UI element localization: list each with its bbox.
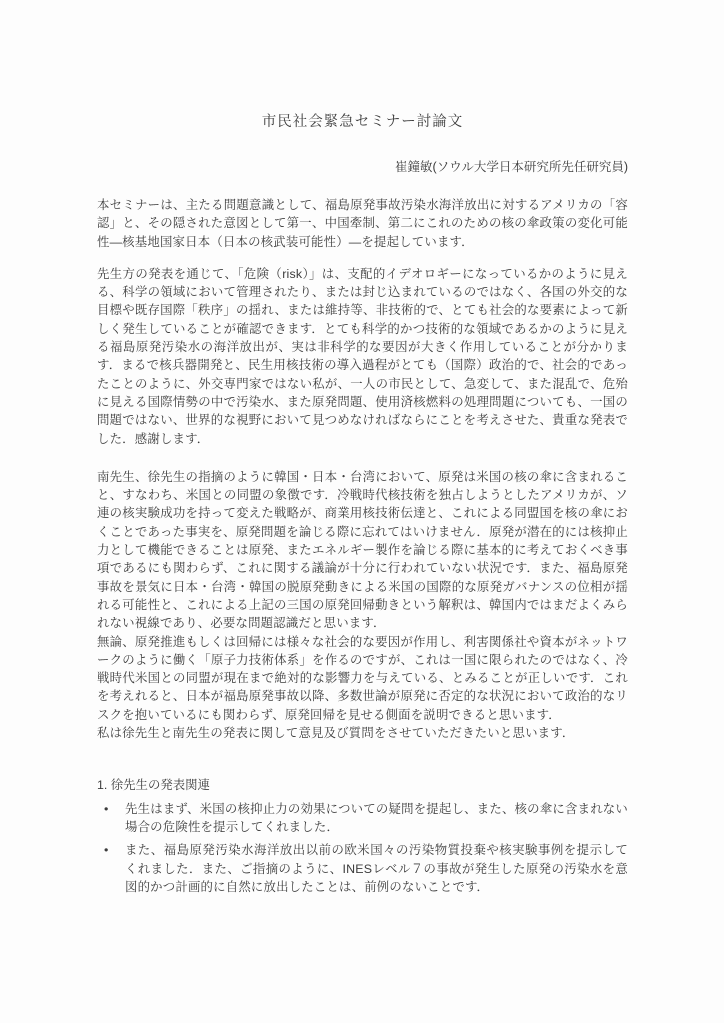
document-title: 市民社会緊急セミナー討論文 — [97, 112, 628, 132]
paragraph-analysis-group: 南先生、徐先生の指摘のように韓国・日本・台湾において、原発は米国の核の傘に含まれ… — [97, 468, 628, 742]
paragraph-analysis-2: 無論、原発推進もしくは回帰には様々な社会的な要因が作用し、利害関係社や資本がネッ… — [97, 633, 628, 724]
paragraph-intro: 本セミナーは、主たる問題意識として、福島原発事故汚染水海洋放出に対するアメリカの… — [97, 196, 628, 251]
bullet-item-2: • また、福島原発汚染水海洋放出以前の欧米国々の汚染物質投棄や核実験事例を提示し… — [97, 841, 628, 896]
section-1-heading: 1. 徐先生の発表関連 — [97, 776, 628, 794]
bullet-item-1: • 先生はまず、米国の核抑止力の効果についての疑問を提起し、また、核の傘に含まれ… — [97, 800, 628, 837]
bullet-icon: • — [104, 841, 109, 859]
section-1-bullet-list: • 先生はまず、米国の核抑止力の効果についての疑問を提起し、また、核の傘に含まれ… — [97, 800, 628, 896]
document-page: 市民社会緊急セミナー討論文 崔鐘敏(ソウル大学日本研究所先任研究員) 本セミナー… — [0, 0, 724, 1023]
paragraph-analysis-1: 南先生、徐先生の指摘のように韓国・日本・台湾において、原発は米国の核の傘に含まれ… — [97, 468, 628, 633]
bullet-icon: • — [104, 800, 109, 818]
bullet-item-1-text: 先生はまず、米国の核抑止力の効果についての疑問を提起し、また、核の傘に含まれない… — [125, 802, 628, 834]
paragraph-closing: 私は徐先生と南先生の発表に関して意見及び質問をさせていただきたいと思います． — [97, 724, 628, 742]
section-1: 1. 徐先生の発表関連 • 先生はまず、米国の核抑止力の効果についての疑問を提起… — [97, 776, 628, 896]
paragraph-reflection: 先生方の発表を通じて、「危険（risk）」は、支配的イデオロギーになっているかの… — [97, 265, 628, 448]
author-line: 崔鐘敏(ソウル大学日本研究所先任研究員) — [97, 158, 628, 176]
bullet-item-2-text: また、福島原発汚染水海洋放出以前の欧米国々の汚染物質投棄や核実験事例を提示してく… — [125, 843, 628, 894]
